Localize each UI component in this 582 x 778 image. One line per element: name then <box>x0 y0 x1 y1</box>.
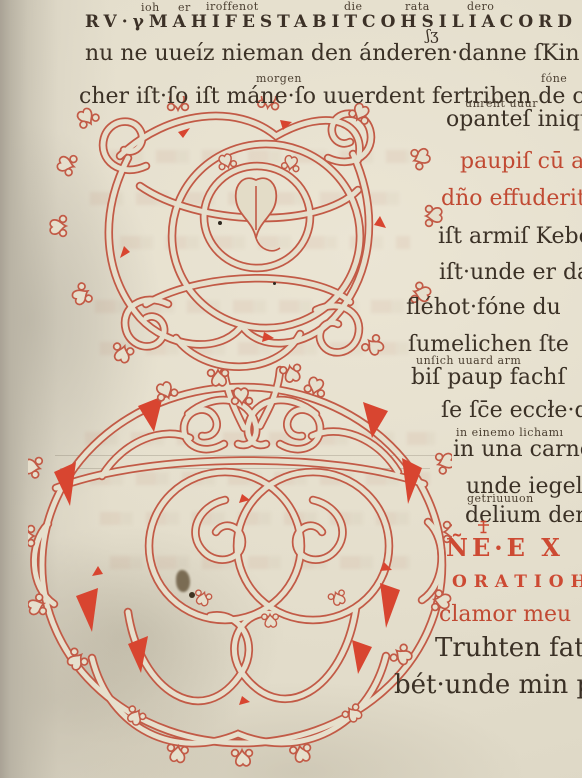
german-text-line: iſt armiſ Kebét <box>438 224 582 249</box>
rubric-line: clamor meu <box>439 602 571 627</box>
german-text-line: iſt·unde er dan <box>439 260 582 285</box>
rubric-line: dño effuderit <box>441 186 582 211</box>
ink-spot <box>218 221 222 225</box>
latin-text-line: ſe ſc̄e eccłe·diu <box>441 398 582 423</box>
stain <box>176 570 190 592</box>
rubric-line: paupiſ cū anx <box>460 149 582 174</box>
latin-text-line: opanteſ iniqu <box>446 107 582 132</box>
german-text-line: fléhot·fóne du <box>406 295 561 320</box>
rubric-capitals-line: ORATIOH <box>452 572 582 592</box>
german-text-line: nu ne uueíz nieman den ánderen·danne ſKi… <box>85 41 580 66</box>
latin-text-line: biſ paup fachſ <box>411 365 566 390</box>
ornamental-initial-drawing <box>28 96 452 770</box>
german-text-line: Truhten fater g <box>435 633 582 663</box>
latin-capitals-line: RV·γMAHIFESTABITCOHSILIACORD <box>85 12 577 32</box>
german-text-line: bét·unde min p <box>394 670 582 700</box>
manuscript-page: ioh er iroffenot die rata dero RV·γMAHIF… <box>0 0 582 778</box>
rubric-capitals-line: ÑE·E X <box>446 533 564 562</box>
ink-spot <box>189 592 195 598</box>
ink-spot <box>273 282 276 285</box>
latin-text-line: in una carne <box>453 437 582 462</box>
